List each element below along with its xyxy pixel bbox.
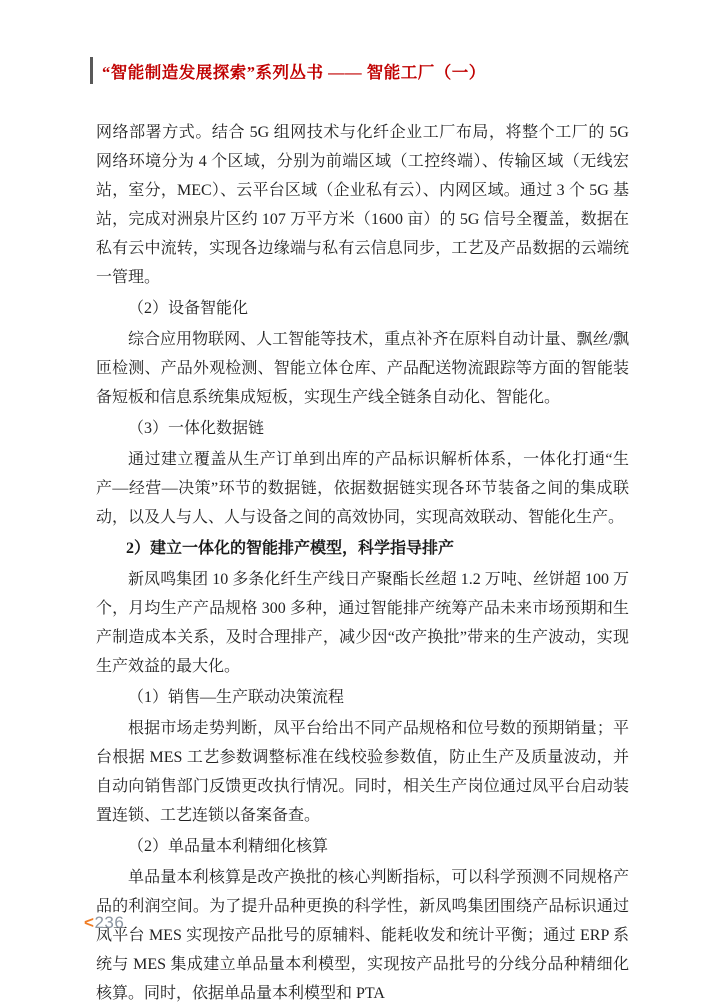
subheading-equipment-intelligence: （2）设备智能化 [96,294,629,323]
book-page: “智能制造发展探索”系列丛书 —— 智能工厂（一） 网络部署方式。结合 5G 组… [0,0,721,1005]
paragraph-unit-cost-profit-accounting: 单品量本利核算是改产换批的核心判断指标，可以科学预测不同规格产品的利润空间。为了… [96,863,629,1005]
header-accent-bar [90,57,93,84]
subheading-sales-production-linkage: （1）销售—生产联动决策流程 [96,683,629,712]
paragraph-integrated-data-chain: 通过建立覆盖从生产订单到出库的产品标识解析体系，一体化打通“生产—经营—决策”环… [96,445,629,532]
subheading-unit-cost-profit-accounting: （2）单品量本利精细化核算 [96,832,629,861]
running-header: “智能制造发展探索”系列丛书 —— 智能工厂（一） [90,57,486,84]
series-title: “智能制造发展探索”系列丛书 —— 智能工厂（一） [102,59,486,83]
paragraph-sales-production-linkage: 根据市场走势判断，凤平台给出不同产品规格和位号数的预期销量；平台根据 MES 工… [96,714,629,830]
paragraph-smart-scheduling: 新凤鸣集团 10 多条化纤生产线日产聚酯长丝超 1.2 万吨、丝饼超 100 万… [96,565,629,681]
subheading-integrated-data-chain: （3）一体化数据链 [96,414,629,443]
page-number-value: 236 [94,913,124,932]
page-body-text: 网络部署方式。结合 5G 组网技术与化纤企业工厂布局，将整个工厂的 5G 网络环… [96,116,629,1005]
page-number-chevron-icon: < [84,913,94,932]
page-number: <236 [84,913,124,933]
paragraph-equipment-intelligence: 综合应用物联网、人工智能等技术，重点补齐在原料自动计量、飘丝/飘匝检测、产品外观… [96,325,629,412]
paragraph-network-deployment: 网络部署方式。结合 5G 组网技术与化纤企业工厂布局，将整个工厂的 5G 网络环… [96,118,629,292]
heading-smart-scheduling-model: 2）建立一体化的智能排产模型，科学指导排产 [96,534,629,563]
